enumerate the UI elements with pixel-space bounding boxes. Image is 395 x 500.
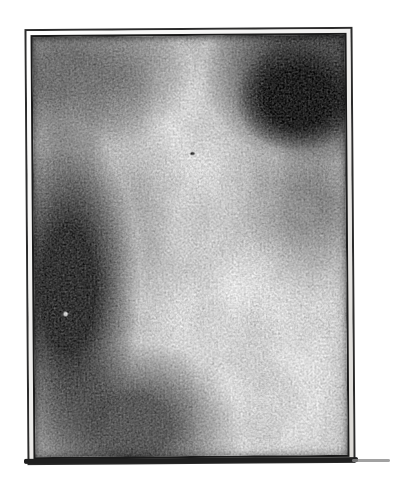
light-grain-layer [33, 35, 348, 457]
ground-shadow-extension [352, 459, 390, 462]
frame-inner-edge [31, 33, 350, 459]
film-grain-overlay [33, 35, 348, 457]
picture-frame [24, 27, 355, 465]
photo-background [0, 0, 395, 500]
artwork-print [33, 35, 348, 457]
frame-metal-strip [26, 29, 353, 463]
